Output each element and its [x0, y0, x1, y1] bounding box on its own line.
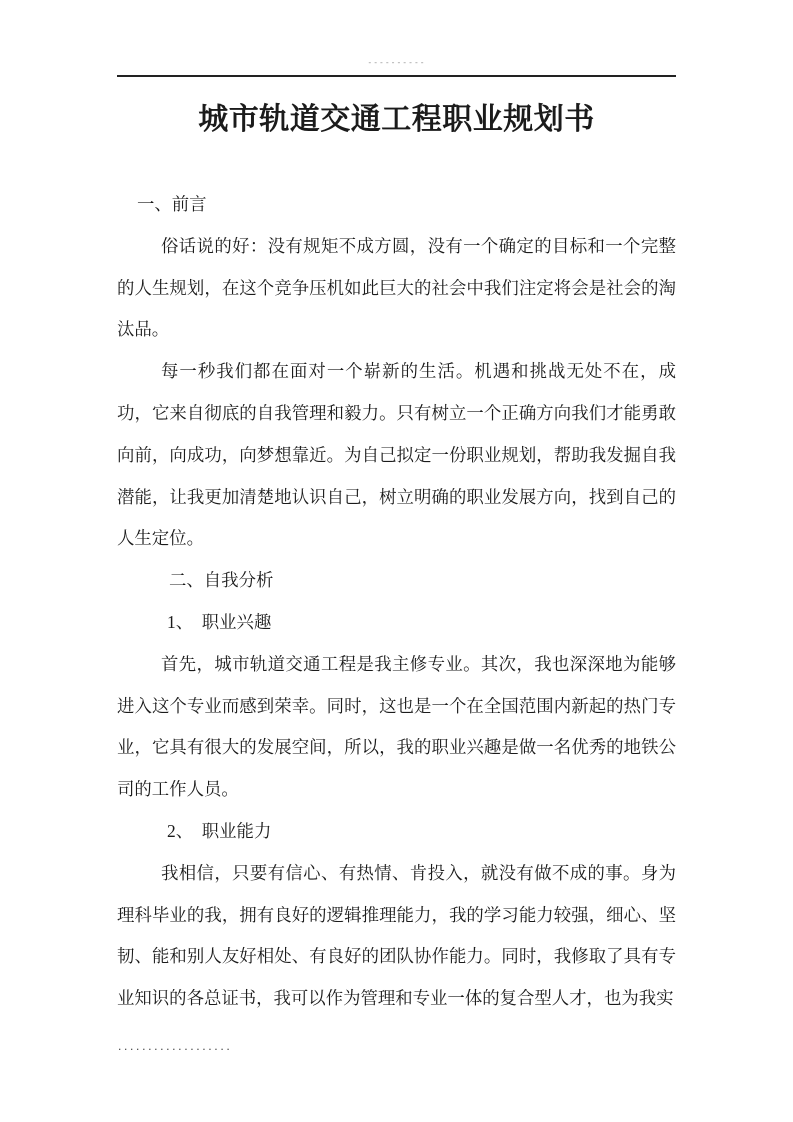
- page-header: ----------: [117, 52, 676, 75]
- section-heading: 一、前言: [117, 184, 676, 226]
- footer-dots: ...................: [117, 1041, 231, 1055]
- document-title: 城市轨道交通工程职业规划书: [117, 99, 676, 141]
- section-heading: 2、 职业能力: [117, 811, 676, 853]
- section-heading: 二、自我分析: [117, 560, 676, 602]
- document-body: 一、前言俗话说的好：没有规矩不成方圆，没有一个确定的目标和一个完整的人生规划，在…: [117, 184, 676, 1020]
- body-paragraph: 每一秒我们都在面对一个崭新的生活。机遇和挑战无处不在，成功，它来自彻底的自我管理…: [117, 351, 676, 560]
- body-paragraph: 俗话说的好：没有规矩不成方圆，没有一个确定的目标和一个完整的人生规划，在这个竞争…: [117, 226, 676, 351]
- document-page: ---------- 城市轨道交通工程职业规划书 一、前言俗话说的好：没有规矩不…: [0, 0, 793, 1122]
- header-rule: [117, 75, 676, 77]
- section-heading: 1、 职业兴趣: [117, 602, 676, 644]
- body-paragraph: 我相信，只要有信心、有热情、肯投入，就没有做不成的事。身为理科毕业的我，拥有良好…: [117, 853, 676, 1020]
- header-dashes: ----------: [367, 57, 425, 69]
- body-paragraph: 首先，城市轨道交通工程是我主修专业。其次，我也深深地为能够进入这个专业而感到荣幸…: [117, 644, 676, 811]
